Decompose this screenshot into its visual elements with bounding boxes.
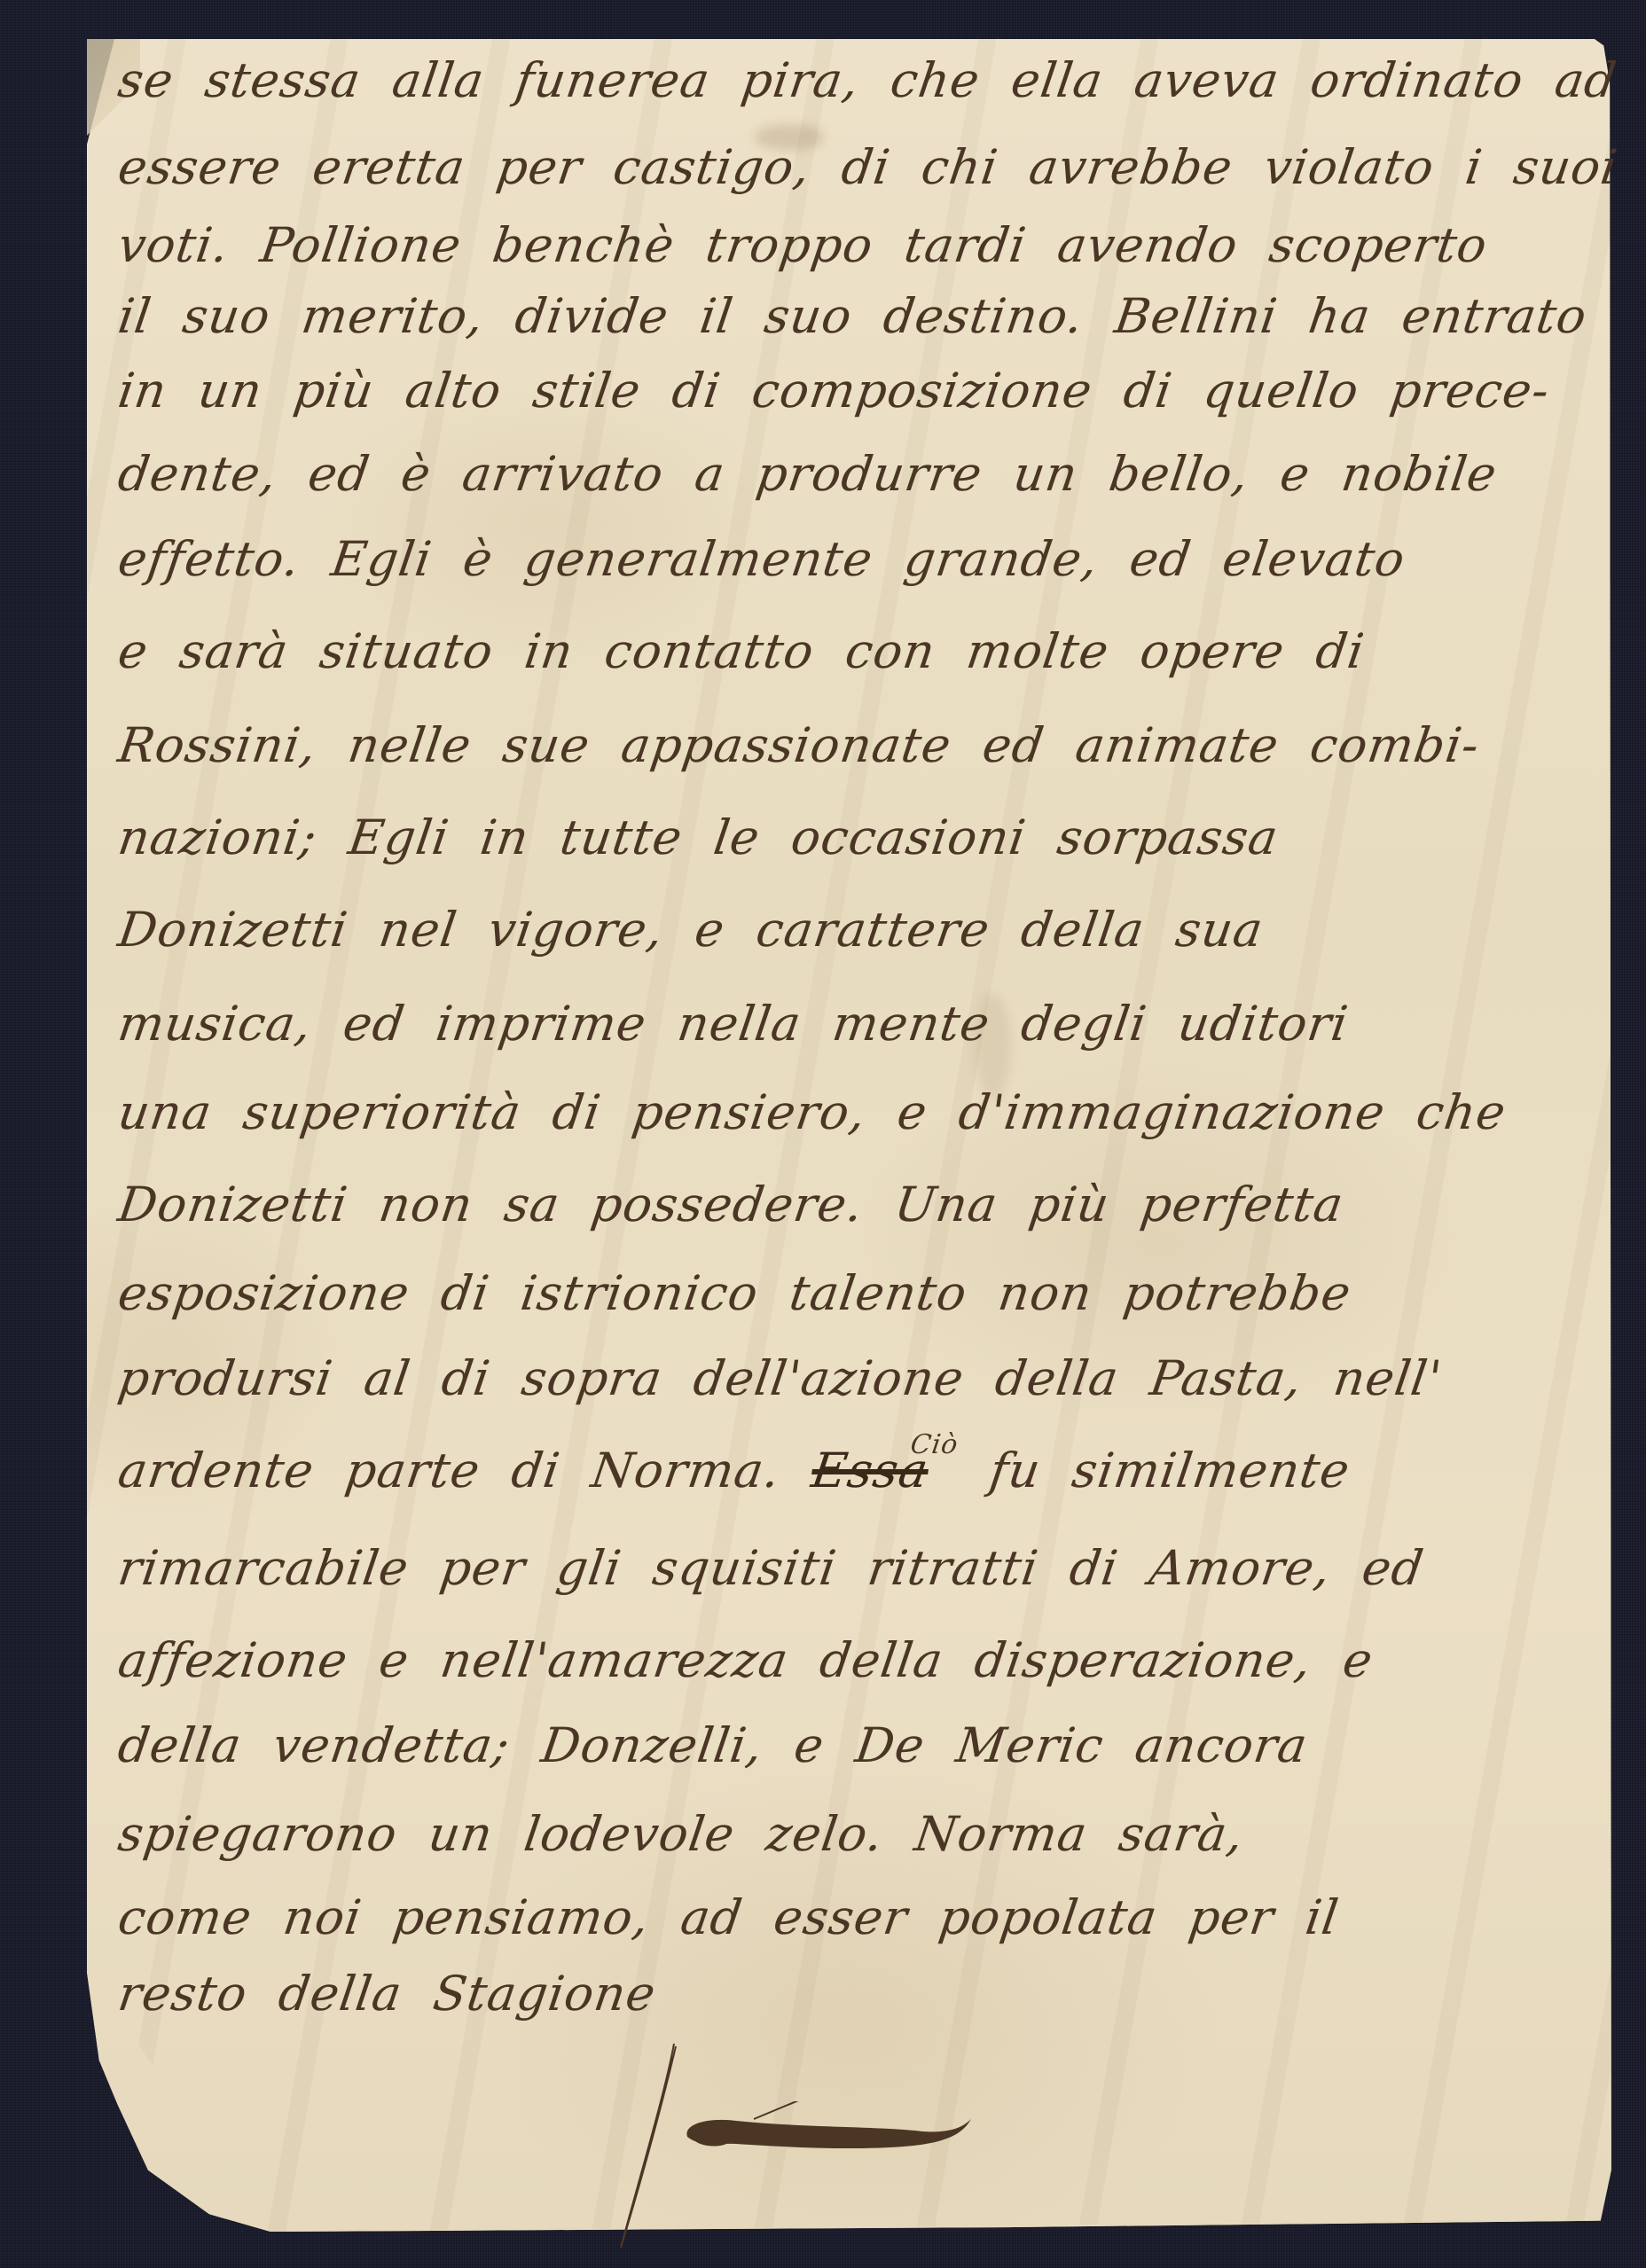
manuscript-line: come noi pensiamo, ad esser popolata per…: [115, 1894, 1577, 1942]
manuscript-line: spiegarono un lodevole zelo. Norma sarà,: [115, 1810, 1577, 1858]
manuscript-line: affezione e nell'amarezza della disperaz…: [115, 1637, 1577, 1685]
manuscript-line: in un più alto stile di composizione di …: [115, 367, 1577, 415]
manuscript-line: una superiorità di pensiero, e d'immagin…: [115, 1089, 1577, 1137]
manuscript-text: se stessa alla funerea pira, che ella av…: [0, 0, 1646, 2268]
ink-flourish-icon: [683, 2101, 976, 2181]
manuscript-line: della vendetta; Donzelli, e De Meric anc…: [115, 1722, 1577, 1770]
manuscript-line: prodursi al di sopra dell'azione della P…: [115, 1355, 1577, 1403]
manuscript-line: il suo merito, divide il suo destino. Be…: [115, 293, 1577, 340]
manuscript-line: e sarà situato in contatto con molte ope…: [115, 628, 1577, 676]
pen-stroke-icon: [612, 2039, 683, 2252]
manuscript-line: nazioni; Egli in tutte le occasioni sorp…: [115, 814, 1577, 862]
manuscript-line: rimarcabile per gli squisiti ritratti di…: [115, 1545, 1577, 1592]
manuscript-line: effetto. Egli è generalmente grande, ed …: [115, 536, 1577, 583]
manuscript-line: se stessa alla funerea pira, che ella av…: [115, 57, 1577, 105]
manuscript-line: Donizetti nel vigore, e carattere della …: [115, 906, 1577, 954]
manuscript-line: esposizione di istrionico talento non po…: [115, 1270, 1577, 1318]
manuscript-line: dente, ed è arrivato a produrre un bello…: [115, 450, 1577, 498]
manuscript-line: essere eretta per castigo, di chi avrebb…: [115, 144, 1577, 192]
manuscript-line: voti. Pollione benchè troppo tardi avend…: [115, 222, 1577, 270]
inserted-word: Ciò: [908, 1429, 960, 1460]
line-text-before: ardente parte di Norma.: [114, 1443, 816, 1498]
manuscript-line: Donizetti non sa possedere. Una più perf…: [115, 1181, 1577, 1229]
manuscript-line: musica, ed imprime nella mente degli udi…: [115, 1000, 1577, 1048]
line-text-after: fu similmente: [954, 1443, 1353, 1498]
manuscript-line: Rossini, nelle sue appassionate ed anima…: [115, 722, 1577, 770]
manuscript-line: resto della Stagione: [115, 1970, 1577, 2018]
manuscript-line-with-correction: ardente parte di Norma. EssaCiò fu simil…: [115, 1447, 1577, 1495]
